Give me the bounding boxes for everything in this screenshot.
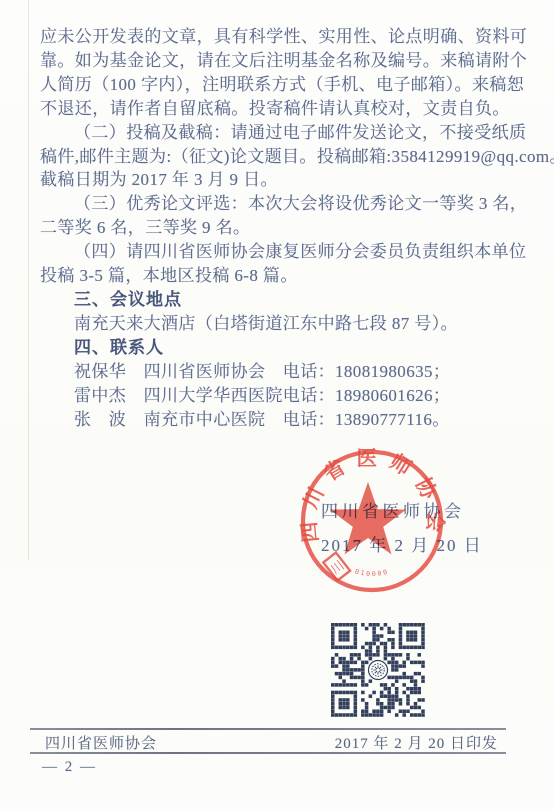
footer-rule-bottom	[30, 752, 506, 754]
body-line: 南充天来大酒店（白塔街道江东中路七段 87 号）。	[40, 312, 522, 336]
qr-center-logo	[369, 661, 388, 680]
seal-star-icon	[330, 482, 406, 554]
body-line: 投稿 3-5 篇，本地区投稿 6-8 篇。	[40, 264, 522, 288]
section-heading-contacts: 四、联系人	[40, 336, 522, 360]
body-line: 稿件,邮件主题为:（征文)论文题目。投稿邮箱:3584129919@qq.com…	[40, 145, 522, 169]
footer-row: 四川省医师协会 2017 年 2 月 20 日印发	[45, 732, 498, 753]
contact-line: 张 波 南充市中心医院 电话：13890777116。	[40, 408, 522, 432]
scan-artifact-line	[28, 0, 29, 560]
body-line: 二等奖 6 名，三等奖 9 名。	[40, 216, 522, 240]
body-line: 靠。如为基金论文，请在文后注明基金名称及编号。来稿请附个	[40, 49, 522, 73]
body-line: 应未公开发表的文章，具有科学性、实用性、论点明确、资料可	[40, 25, 522, 49]
document-body: 应未公开发表的文章，具有科学性、实用性、论点明确、资料可 靠。如为基金论文，请在…	[40, 25, 522, 431]
seal-emblem-box: 川	[323, 553, 350, 581]
contact-line: 祝保华 四川省医师协会 电话：18081980635；	[40, 360, 522, 384]
page-number: — 2 —	[42, 759, 97, 776]
footer-print-date: 2017 年 2 月 20 日印发	[335, 732, 498, 753]
body-line: （二）投稿及截稿：请通过电子邮件发送论文，不接受纸质	[40, 121, 522, 145]
official-seal: 四川省医师协会 5101000012 川	[296, 445, 448, 597]
contact-line: 雷中杰 四川大学华西医院电话：18980601626；	[40, 384, 522, 408]
body-line: （三）优秀论文评选：本次大会将设优秀论文一等奖 3 名，	[40, 192, 522, 216]
footer-rule-top	[30, 728, 506, 730]
footer-org: 四川省医师协会	[45, 732, 157, 753]
body-line: （四）请四川省医师协会康复医师分会委员负责组织本单位	[40, 240, 522, 264]
body-line: 人简历（100 字内），注明联系方式（手机、电子邮箱）。来稿恕	[40, 73, 522, 97]
qr-code	[331, 623, 425, 717]
body-line: 不退还，请作者自留底稿。投寄稿件请认真校对，文责自负。	[40, 97, 522, 121]
section-heading-venue: 三、会议地点	[40, 288, 522, 312]
body-line: 截稿日期为 2017 年 3 月 9 日。	[40, 168, 522, 192]
document-page: 应未公开发表的文章，具有科学性、实用性、论点明确、资料可 靠。如为基金论文，请在…	[0, 0, 554, 809]
